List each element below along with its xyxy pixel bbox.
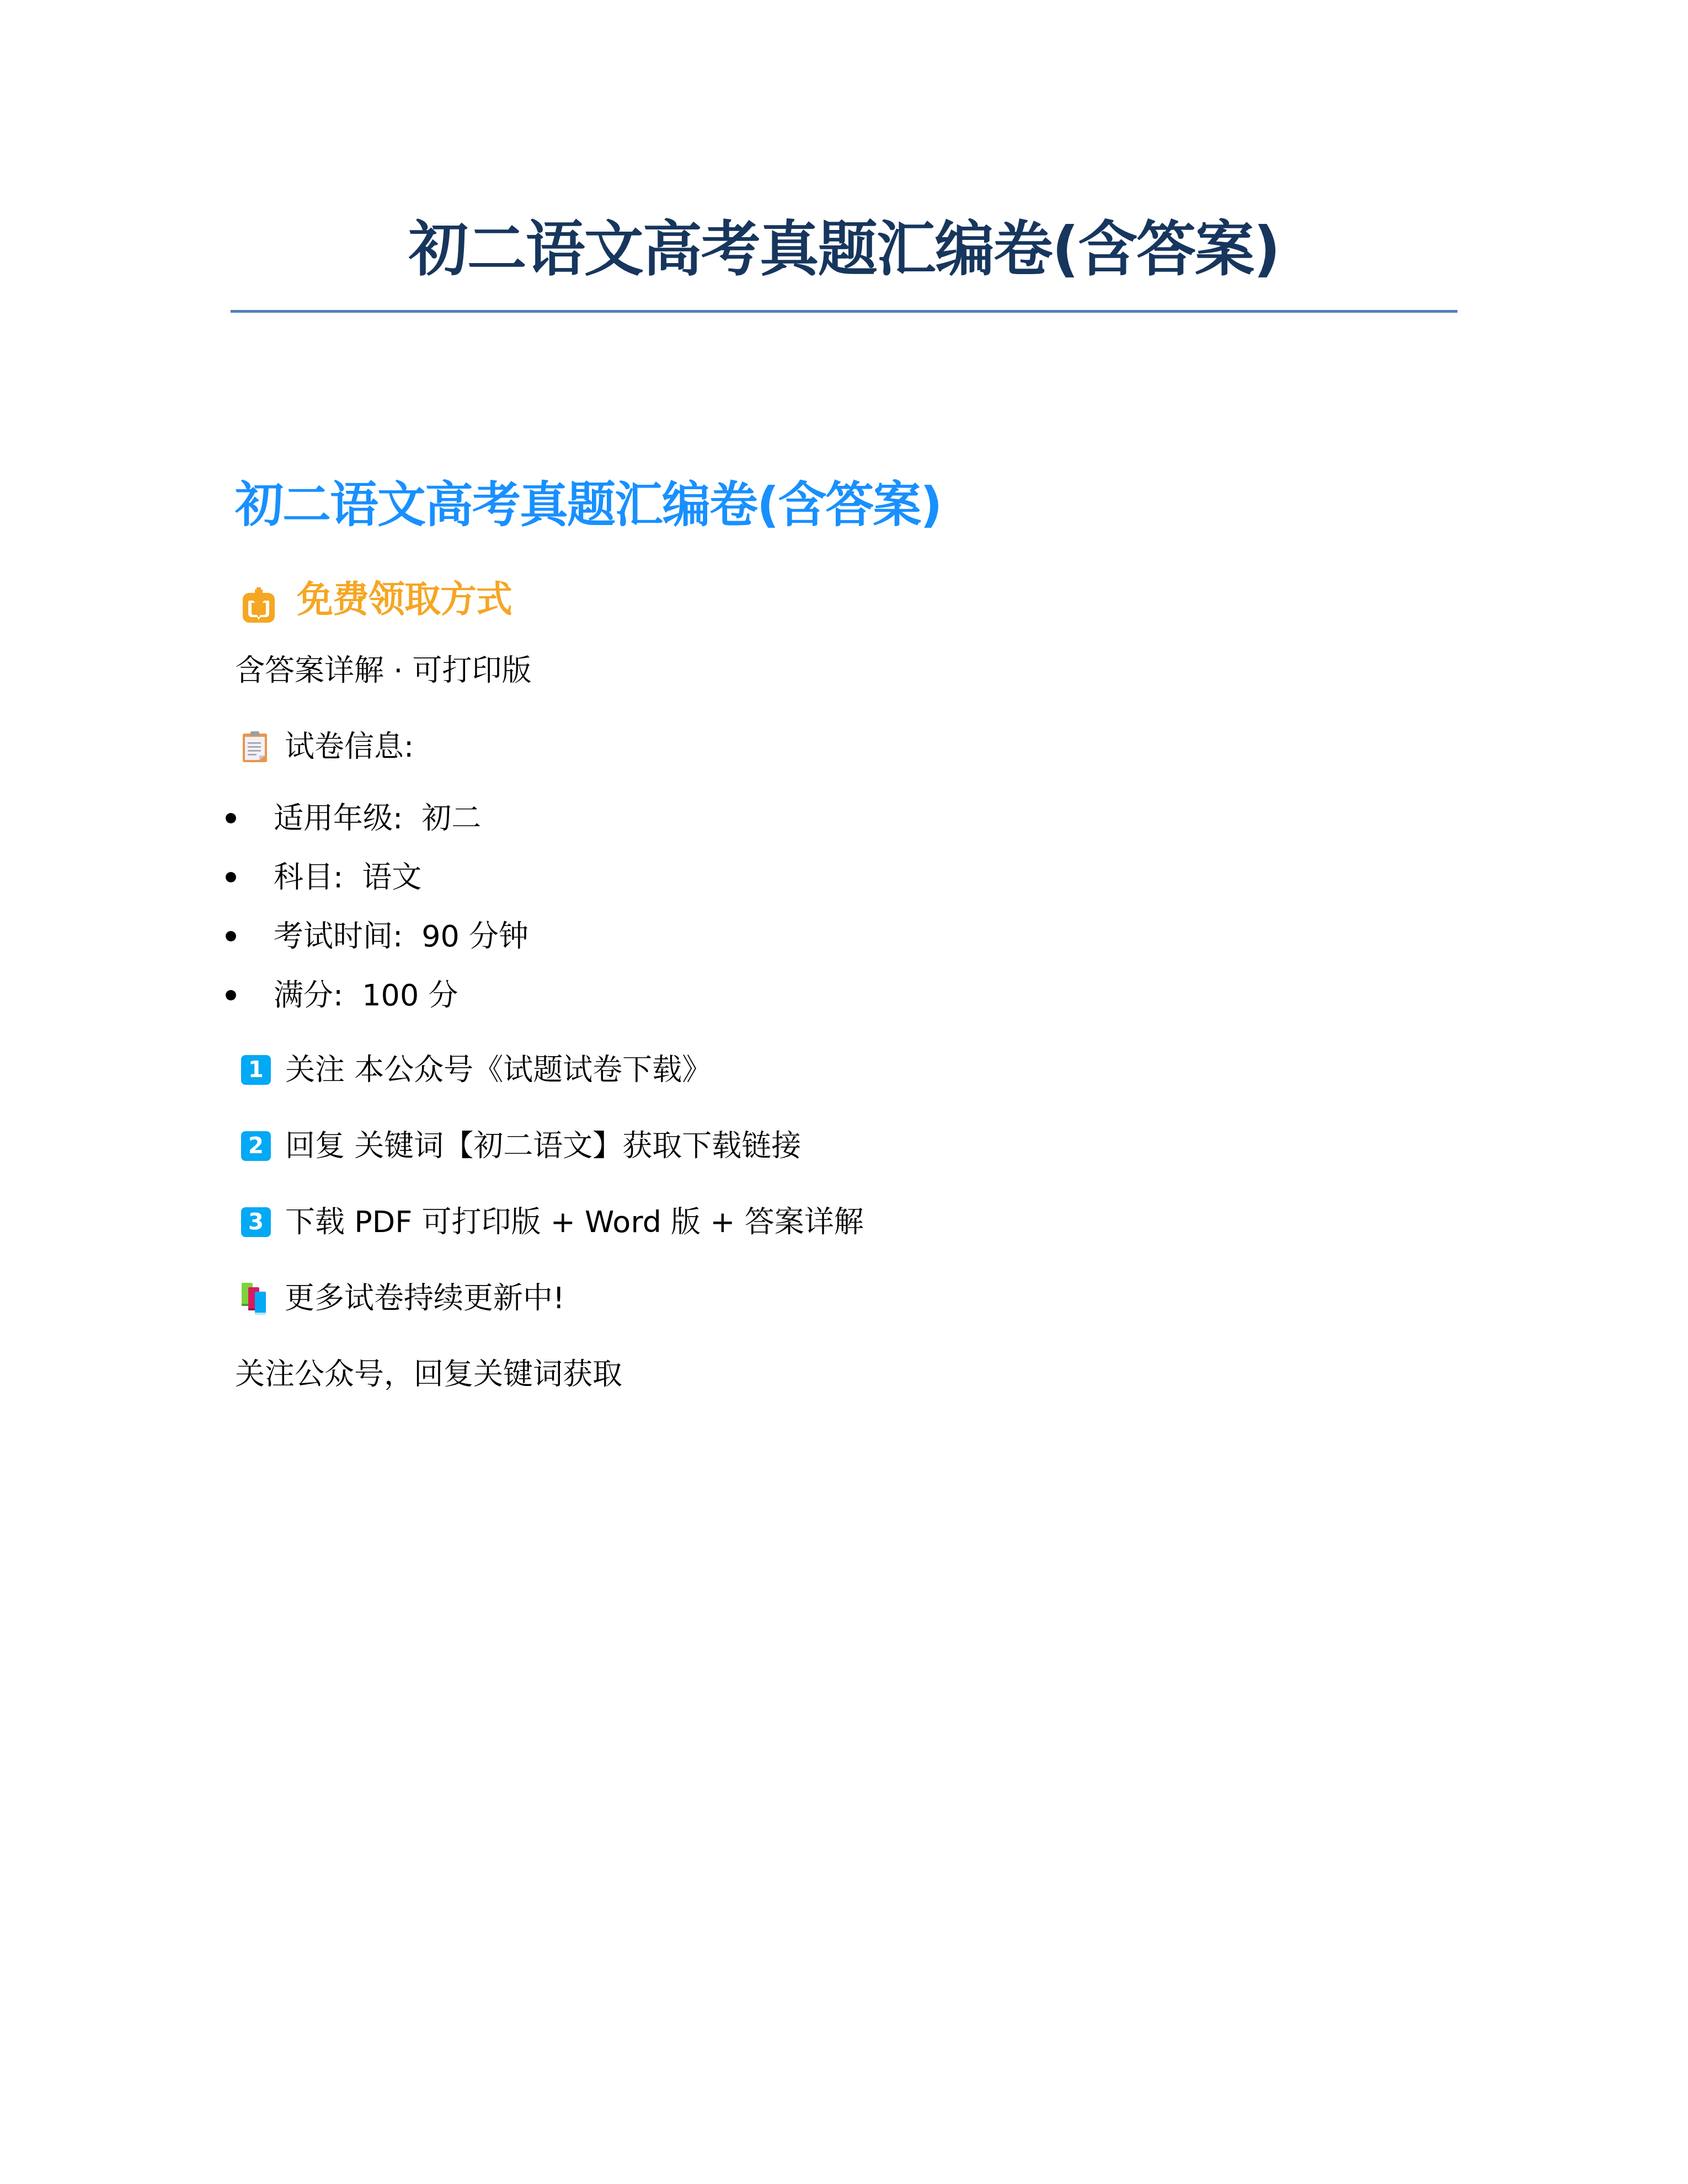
number-1-badge-icon: 1 — [241, 1055, 271, 1085]
bullet-icon — [226, 872, 236, 882]
list-item: 考试时间:90 分钟 — [235, 907, 1457, 966]
exam-info-list: 适用年级:初二 科目:语文 考试时间:90 分钟 满分:100 分 — [235, 789, 1457, 1025]
clipboard-icon — [241, 730, 270, 763]
bullet-icon — [226, 931, 236, 941]
info-label: 科目: — [274, 860, 343, 895]
free-download-label: 免费领取方式 — [297, 569, 512, 630]
subtitle: 含答案详解 · 可打印版 — [235, 649, 1457, 693]
title-divider — [231, 310, 1457, 313]
bullet-icon — [226, 990, 236, 1000]
document-content: 初二语文高考真题汇编卷(含答案) 免费领取方式 含答案详解 · 可打印版 — [235, 469, 1457, 1396]
free-download-heading: 免费领取方式 — [235, 569, 1457, 630]
exam-info-label: 试卷信息: — [285, 725, 414, 769]
info-value: 初二 — [421, 801, 481, 836]
step-text: 下载 PDF 可打印版 + Word 版 + 答案详解 — [285, 1200, 864, 1244]
number-2-badge-icon: 2 — [241, 1131, 271, 1161]
list-item: 科目:语文 — [235, 848, 1457, 907]
document-title: 初二语文高考真题汇编卷(含答案) — [231, 208, 1457, 291]
step-3: 3 下载 PDF 可打印版 + Word 版 + 答案详解 — [235, 1200, 1457, 1244]
info-label: 满分: — [274, 978, 343, 1013]
section-heading: 初二语文高考真题汇编卷(含答案) — [235, 469, 1457, 540]
document-page: 初二语文高考真题汇编卷(含答案) 初二语文高考真题汇编卷(含答案) 免费领取方式… — [0, 0, 1688, 2184]
more-exams-text: 更多试卷持续更新中! — [285, 1276, 565, 1320]
info-label: 考试时间: — [274, 919, 403, 954]
books-icon — [241, 1282, 270, 1315]
info-value: 语文 — [362, 860, 421, 895]
step-text: 回复 关键词【初二语文】获取下载链接 — [285, 1124, 801, 1168]
number-3-badge-icon: 3 — [241, 1207, 271, 1237]
info-label: 适用年级: — [274, 801, 403, 836]
follow-note: 关注公众号，回复关键词获取 — [235, 1352, 1457, 1396]
list-item: 适用年级:初二 — [235, 789, 1457, 848]
more-exams-note: 更多试卷持续更新中! — [235, 1276, 1457, 1320]
list-item: 满分:100 分 — [235, 966, 1457, 1025]
bullet-icon — [226, 813, 236, 823]
step-1: 1 关注 本公众号《试题试卷下载》 — [235, 1048, 1457, 1092]
info-value: 90 分钟 — [421, 919, 528, 954]
exam-info-heading: 试卷信息: — [235, 725, 1457, 769]
inbox-download-icon — [241, 581, 277, 618]
step-2: 2 回复 关键词【初二语文】获取下载链接 — [235, 1124, 1457, 1168]
step-text: 关注 本公众号《试题试卷下载》 — [285, 1048, 712, 1092]
info-value: 100 分 — [362, 978, 458, 1013]
